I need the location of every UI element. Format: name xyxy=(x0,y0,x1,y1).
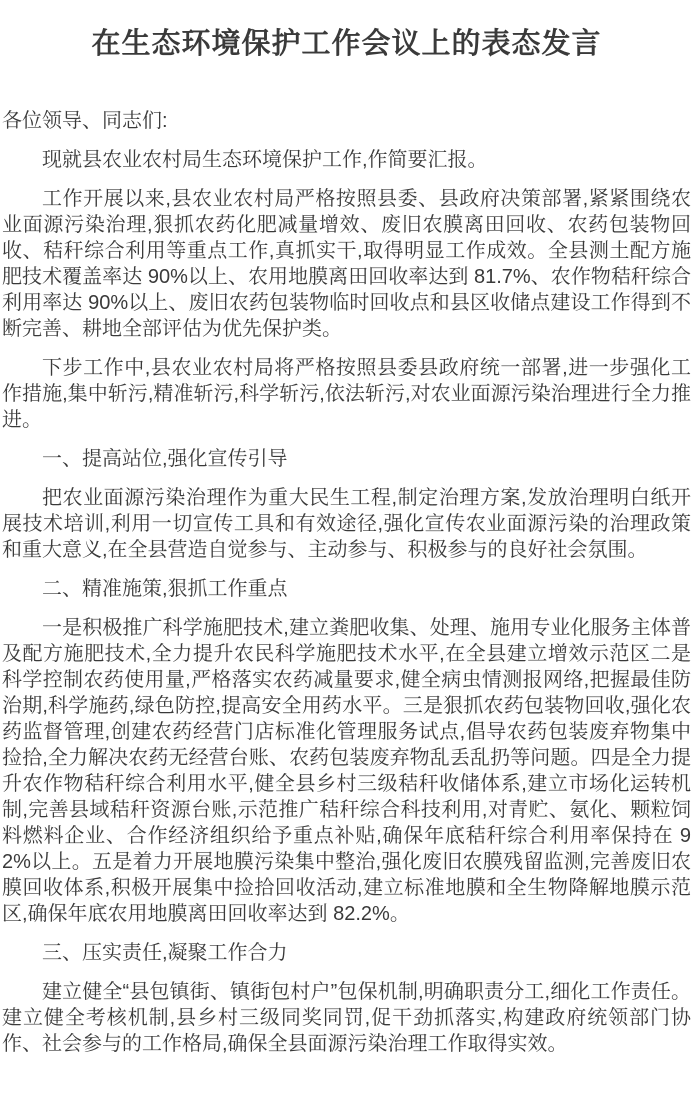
section-1-paragraph: 把农业面源污染治理作为重大民生工程,制定治理方案,发放治理明白纸开展技术培训,利… xyxy=(2,485,691,563)
document-page: 在生态环境保护工作会议上的表态发言 各位领导、同志们: 现就县农业农村局生态环境… xyxy=(0,0,693,1100)
section-2-paragraph: 一是积极推广科学施肥技术,建立粪肥收集、处理、施用专业化服务主体普及配方施肥技术… xyxy=(2,615,691,927)
section-heading-1: 一、提高站位,强化宣传引导 xyxy=(2,446,691,472)
work-progress-paragraph: 工作开展以来,县农业农村局严格按照县委、县政府决策部署,紧紧围绕农业面源污染治理… xyxy=(2,186,691,342)
next-steps-paragraph: 下步工作中,县农业农村局将严格按照县委县政府统一部署,进一步强化工作措施,集中斩… xyxy=(2,355,691,433)
intro-paragraph: 现就县农业农村局生态环境保护工作,作简要汇报。 xyxy=(2,147,691,173)
greeting-line: 各位领导、同志们: xyxy=(2,108,691,134)
section-heading-3: 三、压实责任,凝聚工作合力 xyxy=(2,940,691,966)
section-3-paragraph: 建立健全“县包镇街、镇街包村户”包保机制,明确职责分工,细化工作责任。建立健全考… xyxy=(2,979,691,1057)
section-heading-2: 二、精准施策,狠抓工作重点 xyxy=(2,576,691,602)
document-title: 在生态环境保护工作会议上的表态发言 xyxy=(2,26,691,62)
